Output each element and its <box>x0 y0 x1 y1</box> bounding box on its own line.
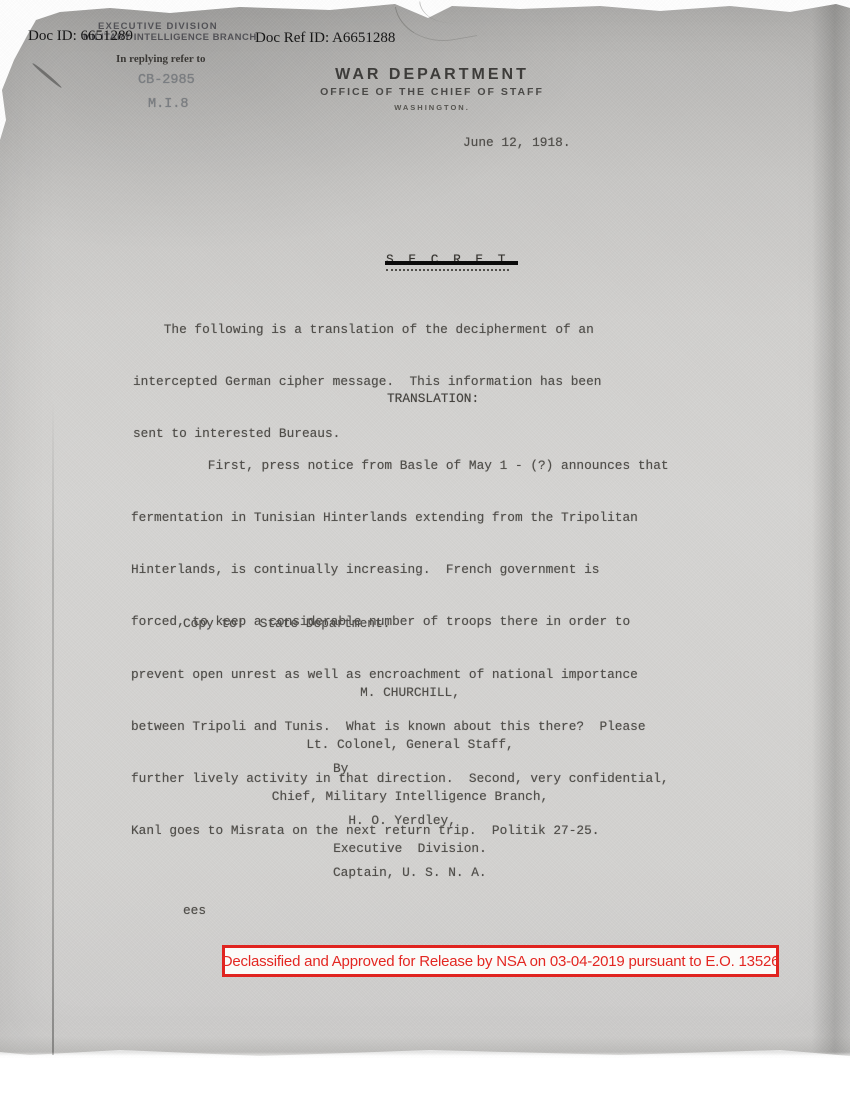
letterhead-city: WASHINGTON. <box>292 103 572 112</box>
by-line: H. O. Yerdley, <box>333 812 487 829</box>
doc-ref-id-label: Doc Ref ID: A6651288 <box>255 30 395 47</box>
translation-heading: TRANSLATION: <box>387 390 479 407</box>
doc-id-label: Doc ID: 6651289 <box>28 28 133 45</box>
classification-strikethrough-bar <box>385 261 518 265</box>
reference-number: CB-2985 <box>138 72 195 89</box>
typist-initials: ees <box>183 902 206 919</box>
translation-line: Hinterlands, is continually increasing. … <box>131 561 669 578</box>
scanned-document-page: EXECUTIVE DIVISION MILITARY INTELLIGENCE… <box>0 0 850 1100</box>
translation-line: First, press notice from Basle of May 1 … <box>131 457 669 474</box>
letterhead-department: WAR DEPARTMENT <box>292 66 572 84</box>
intro-line: The following is a translation of the de… <box>133 321 601 338</box>
translation-line: fermentation in Tunisian Hinterlands ext… <box>131 509 669 526</box>
intro-line: intercepted German cipher message. This … <box>133 373 601 390</box>
letterhead-office: OFFICE OF THE CHIEF OF STAFF <box>292 86 572 98</box>
in-replying-refer-label: In replying refer to <box>116 53 206 65</box>
bottom-edge-shading <box>0 1036 850 1058</box>
reference-section: M.I.8 <box>148 96 189 113</box>
signature-line: M. CHURCHILL, <box>270 684 550 701</box>
by-signature-block: By H. O. Yerdley, Captain, U. S. N. A. <box>333 725 487 916</box>
by-line: By <box>333 760 487 777</box>
declassification-banner: Declassified and Approved for Release by… <box>222 945 779 977</box>
declassification-banner-text: Declassified and Approved for Release by… <box>222 953 780 970</box>
date-line: June 12, 1918. <box>463 134 571 151</box>
vertical-crease <box>52 400 54 1055</box>
copy-to-line: Copy to: State Department. <box>183 615 390 632</box>
by-line: Captain, U. S. N. A. <box>333 864 487 881</box>
